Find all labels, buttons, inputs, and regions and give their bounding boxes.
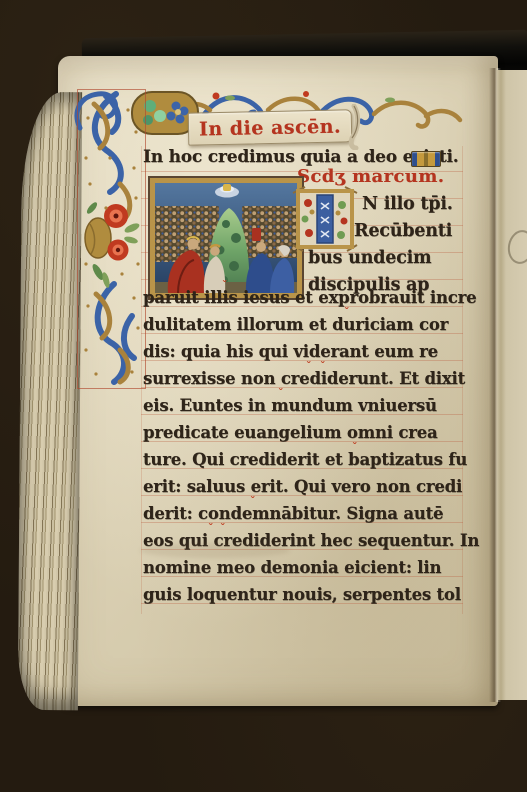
text-line: dulitatem illorum et duriciam cor xyxy=(143,315,448,335)
correction-mark: ˇ xyxy=(352,444,358,452)
text-line: nomine meo demonia eicient: lin xyxy=(143,558,441,578)
feast-title: In die ascēn. xyxy=(199,115,342,140)
initial-stem xyxy=(317,195,333,243)
text-line: dis: quia his qui viderant eum re xyxy=(143,342,438,362)
text-line: surrexisse non crediderunt. Et dixit xyxy=(143,369,465,389)
facing-page-sliver xyxy=(497,70,527,700)
line-filler-bar xyxy=(411,151,441,167)
text-line: erit: saluus erit. Qui vero non credi xyxy=(143,477,462,497)
correction-mark: ˇ xyxy=(250,498,256,506)
feast-banner: In die ascēn. xyxy=(188,109,353,145)
page-stack-edges xyxy=(18,92,82,710)
gospel-rubric: Scdʒ marcum. xyxy=(297,166,444,187)
correction-mark: ˇ xyxy=(222,282,228,290)
correction-mark: ˇ xyxy=(344,309,350,317)
text-line: guis loquentur nouis, serpentes tol xyxy=(143,585,461,605)
text-line: ture. Qui crediderit et baptizatus fu xyxy=(143,450,467,470)
text-line: eis. Euntes in mundum vniuersū xyxy=(143,396,437,416)
correction-mark: ˇ xyxy=(278,390,284,398)
banner-plume-ornament xyxy=(344,104,364,150)
show-through-smudge xyxy=(140,543,290,558)
manuscript-photo: In die ascēn. In hoc credimus quia a deo… xyxy=(0,0,527,792)
correction-mark: ˇ xyxy=(220,525,226,533)
correction-mark: ˇ xyxy=(306,363,312,371)
red-cap-figure xyxy=(252,228,261,241)
text-line: paruit illis iesus et exprobrauit incre xyxy=(143,288,476,308)
left-floral-border xyxy=(76,88,148,390)
text-line: predicate euangelium omni crea xyxy=(143,423,438,443)
incipit-line: bus undecim xyxy=(308,248,431,268)
illuminated-initial xyxy=(291,185,359,253)
text-line: derit: condemnābitur. Signa autē xyxy=(143,504,443,524)
incipit-line: N illo tp̄i. xyxy=(362,194,453,214)
correction-mark: ˇ xyxy=(208,525,214,533)
correction-mark: ˇ xyxy=(320,363,326,371)
page-fold xyxy=(489,68,501,702)
incipit-line: Recūbenti xyxy=(354,221,452,241)
